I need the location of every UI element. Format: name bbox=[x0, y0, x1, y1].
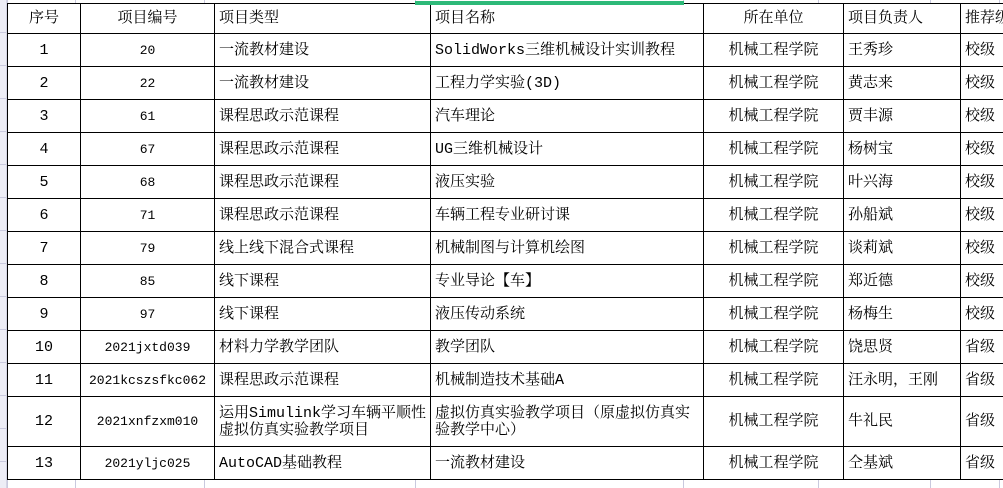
table-cell[interactable]: 饶思贤 bbox=[844, 331, 961, 364]
table-cell[interactable]: 机械工程学院 bbox=[704, 166, 844, 199]
table-cell[interactable]: 2021yljc025 bbox=[81, 447, 215, 480]
table-cell[interactable]: 71 bbox=[81, 199, 215, 232]
table-cell[interactable]: 黄志来 bbox=[844, 67, 961, 100]
table-cell[interactable]: 机械工程学院 bbox=[704, 100, 844, 133]
table-cell[interactable]: 杨树宝 bbox=[844, 133, 961, 166]
table-cell[interactable]: 省级 bbox=[961, 364, 1003, 397]
table-cell[interactable]: 省级 bbox=[961, 397, 1003, 447]
table-cell[interactable]: 97 bbox=[81, 298, 215, 331]
table-cell[interactable]: 61 bbox=[81, 100, 215, 133]
table-row: 779线上线下混合式课程机械制图与计算机绘图机械工程学院谈莉斌校级 bbox=[8, 232, 1003, 265]
table-cell[interactable]: 孙船斌 bbox=[844, 199, 961, 232]
table-cell[interactable]: 校级 bbox=[961, 232, 1003, 265]
table-cell[interactable]: 课程思政示范课程 bbox=[215, 133, 431, 166]
table-cell[interactable]: 专业导论【车】 bbox=[431, 265, 704, 298]
table-cell[interactable]: 牛礼民 bbox=[844, 397, 961, 447]
table-cell[interactable]: 12 bbox=[8, 397, 81, 447]
table-cell[interactable]: 谈莉斌 bbox=[844, 232, 961, 265]
table-cell[interactable]: 液压传动系统 bbox=[431, 298, 704, 331]
table-cell[interactable]: UG三维机械设计 bbox=[431, 133, 704, 166]
table-cell[interactable]: 机械工程学院 bbox=[704, 34, 844, 67]
table-cell[interactable]: 机械工程学院 bbox=[704, 447, 844, 480]
table-cell[interactable]: 8 bbox=[8, 265, 81, 298]
table-cell[interactable]: 机械制造技术基础A bbox=[431, 364, 704, 397]
table-cell[interactable]: 85 bbox=[81, 265, 215, 298]
table-row: 112021kcszsfkc062课程思政示范课程机械制造技术基础A机械工程学院… bbox=[8, 364, 1003, 397]
selected-cell-top-border bbox=[415, 1, 684, 5]
table-row: 122021xnfzxm010运用Simulink学习车辆平顺性虚拟仿真实验教学… bbox=[8, 397, 1003, 447]
table-cell[interactable]: 一流教材建设 bbox=[215, 34, 431, 67]
table-cell[interactable]: 车辆工程专业研讨课 bbox=[431, 199, 704, 232]
table-row: 120一流教材建设SolidWorks三维机械设计实训教程机械工程学院王秀珍校级 bbox=[8, 34, 1003, 67]
spreadsheet-view: 序号项目编号项目类型项目名称所在单位项目负责人推荐级别 120一流教材建设Sol… bbox=[0, 0, 1003, 488]
table-cell[interactable]: 机械工程学院 bbox=[704, 298, 844, 331]
table-cell[interactable]: 机械制图与计算机绘图 bbox=[431, 232, 704, 265]
table-cell[interactable]: 虚拟仿真实验教学项目（原虚拟仿真实验教学中心） bbox=[431, 397, 704, 447]
table-row: 467课程思政示范课程UG三维机械设计机械工程学院杨树宝校级 bbox=[8, 133, 1003, 166]
table-cell[interactable]: 叶兴海 bbox=[844, 166, 961, 199]
column-header-6[interactable]: 项目负责人 bbox=[844, 4, 961, 34]
table-cell[interactable]: 液压实验 bbox=[431, 166, 704, 199]
table-cell[interactable]: 线下课程 bbox=[215, 265, 431, 298]
table-cell[interactable]: 机械工程学院 bbox=[704, 397, 844, 447]
table-cell[interactable]: AutoCAD基础教程 bbox=[215, 447, 431, 480]
table-cell[interactable]: 校级 bbox=[961, 166, 1003, 199]
table-row: 997线下课程液压传动系统机械工程学院杨梅生校级 bbox=[8, 298, 1003, 331]
gridline-tick bbox=[930, 480, 931, 488]
table-cell[interactable]: 机械工程学院 bbox=[704, 265, 844, 298]
table-cell[interactable]: 课程思政示范课程 bbox=[215, 100, 431, 133]
table-cell[interactable]: 一流教材建设 bbox=[431, 447, 704, 480]
table-cell[interactable]: 2021xnfzxm010 bbox=[81, 397, 215, 447]
table-cell[interactable]: 11 bbox=[8, 364, 81, 397]
table-cell[interactable]: 79 bbox=[81, 232, 215, 265]
table-cell[interactable]: 材料力学教学团队 bbox=[215, 331, 431, 364]
gridline-tick bbox=[818, 480, 819, 488]
table-cell[interactable]: 68 bbox=[81, 166, 215, 199]
table-cell[interactable]: 教学团队 bbox=[431, 331, 704, 364]
table-cell[interactable]: 2021kcszsfkc062 bbox=[81, 364, 215, 397]
table-cell[interactable]: 机械工程学院 bbox=[704, 67, 844, 100]
table-cell[interactable]: 67 bbox=[81, 133, 215, 166]
row-header-strip bbox=[0, 0, 7, 488]
project-table: 序号项目编号项目类型项目名称所在单位项目负责人推荐级别 120一流教材建设Sol… bbox=[7, 3, 1003, 480]
table-cell[interactable]: 3 bbox=[8, 100, 81, 133]
table-cell[interactable]: 13 bbox=[8, 447, 81, 480]
gridline-tick bbox=[204, 480, 205, 488]
table-cell[interactable]: 机械工程学院 bbox=[704, 331, 844, 364]
table-cell[interactable]: 校级 bbox=[961, 67, 1003, 100]
table-cell[interactable]: 机械工程学院 bbox=[704, 232, 844, 265]
table-cell[interactable]: 郑近德 bbox=[844, 265, 961, 298]
gridline-tick bbox=[999, 480, 1000, 488]
table-cell[interactable]: 运用Simulink学习车辆平顺性虚拟仿真实验教学项目 bbox=[215, 397, 431, 447]
table-cell[interactable]: 课程思政示范课程 bbox=[215, 199, 431, 232]
table-cell[interactable]: 7 bbox=[8, 232, 81, 265]
table-cell[interactable]: 20 bbox=[81, 34, 215, 67]
table-row: 885线下课程专业导论【车】机械工程学院郑近德校级 bbox=[8, 265, 1003, 298]
table-row: 132021yljc025AutoCAD基础教程一流教材建设机械工程学院仝基斌省… bbox=[8, 447, 1003, 480]
table-cell[interactable]: 4 bbox=[8, 133, 81, 166]
table-cell[interactable]: 一流教材建设 bbox=[215, 67, 431, 100]
table-cell[interactable]: 省级 bbox=[961, 331, 1003, 364]
table-cell[interactable]: 机械工程学院 bbox=[704, 133, 844, 166]
column-header-1[interactable]: 序号 bbox=[8, 4, 81, 34]
table-cell[interactable]: 校级 bbox=[961, 133, 1003, 166]
table-cell[interactable]: 工程力学实验(3D) bbox=[431, 67, 704, 100]
column-header-7[interactable]: 推荐级别 bbox=[961, 4, 1003, 34]
table-cell[interactable]: 仝基斌 bbox=[844, 447, 961, 480]
table-row: 568课程思政示范课程液压实验机械工程学院叶兴海校级 bbox=[8, 166, 1003, 199]
table-row: 361课程思政示范课程汽车理论机械工程学院贾丰源校级 bbox=[8, 100, 1003, 133]
table-cell[interactable]: 校级 bbox=[961, 298, 1003, 331]
gridline-tick bbox=[683, 480, 684, 488]
table-cell[interactable]: 课程思政示范课程 bbox=[215, 364, 431, 397]
table-cell[interactable]: 王秀珍 bbox=[844, 34, 961, 67]
column-header-3[interactable]: 项目类型 bbox=[215, 4, 431, 34]
table-cell[interactable]: SolidWorks三维机械设计实训教程 bbox=[431, 34, 704, 67]
table-cell[interactable]: 9 bbox=[8, 298, 81, 331]
table-cell[interactable]: 杨梅生 bbox=[844, 298, 961, 331]
table-cell[interactable]: 校级 bbox=[961, 265, 1003, 298]
table-cell[interactable]: 10 bbox=[8, 331, 81, 364]
table-cell[interactable]: 贾丰源 bbox=[844, 100, 961, 133]
table-row: 222一流教材建设工程力学实验(3D)机械工程学院黄志来校级 bbox=[8, 67, 1003, 100]
gridline-tick bbox=[7, 480, 8, 488]
table-cell[interactable]: 校级 bbox=[961, 100, 1003, 133]
table-cell[interactable]: 5 bbox=[8, 166, 81, 199]
table-cell[interactable]: 线上线下混合式课程 bbox=[215, 232, 431, 265]
table-header: 序号项目编号项目类型项目名称所在单位项目负责人推荐级别 bbox=[8, 4, 1003, 34]
table-cell[interactable]: 线下课程 bbox=[215, 298, 431, 331]
table-cell[interactable]: 省级 bbox=[961, 447, 1003, 480]
table-cell[interactable]: 2021jxtd039 bbox=[81, 331, 215, 364]
gridline-tick bbox=[75, 480, 76, 488]
column-header-4[interactable]: 项目名称 bbox=[431, 4, 704, 34]
table-cell[interactable]: 汪永明，王刚 bbox=[844, 364, 961, 397]
table-cell[interactable]: 机械工程学院 bbox=[704, 199, 844, 232]
table-cell[interactable]: 校级 bbox=[961, 34, 1003, 67]
column-header-5[interactable]: 所在单位 bbox=[704, 4, 844, 34]
table-row: 671课程思政示范课程车辆工程专业研讨课机械工程学院孙船斌校级 bbox=[8, 199, 1003, 232]
table-cell[interactable]: 22 bbox=[81, 67, 215, 100]
table-cell[interactable]: 课程思政示范课程 bbox=[215, 166, 431, 199]
header-row: 序号项目编号项目类型项目名称所在单位项目负责人推荐级别 bbox=[8, 4, 1003, 34]
table-cell[interactable]: 1 bbox=[8, 34, 81, 67]
column-header-2[interactable]: 项目编号 bbox=[81, 4, 215, 34]
table-cell[interactable]: 6 bbox=[8, 199, 81, 232]
table-cell[interactable]: 汽车理论 bbox=[431, 100, 704, 133]
table-row: 102021jxtd039材料力学教学团队教学团队机械工程学院饶思贤省级 bbox=[8, 331, 1003, 364]
table-cell[interactable]: 校级 bbox=[961, 199, 1003, 232]
table-cell[interactable]: 机械工程学院 bbox=[704, 364, 844, 397]
table-cell[interactable]: 2 bbox=[8, 67, 81, 100]
gridline-tick bbox=[415, 480, 416, 488]
table-body: 120一流教材建设SolidWorks三维机械设计实训教程机械工程学院王秀珍校级… bbox=[8, 34, 1003, 480]
